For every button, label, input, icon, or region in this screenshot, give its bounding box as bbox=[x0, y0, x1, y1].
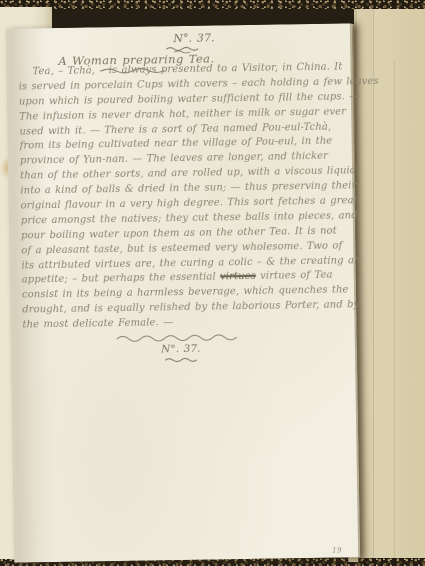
caption-body: Tea, – Tchà, – is always presented to a … bbox=[18, 60, 354, 333]
caption-number-heading: N°. 37. bbox=[134, 31, 254, 46]
folio-number: 19 bbox=[332, 547, 342, 555]
photographed-manuscript-scene: inder s the hole- ing — N°. 37. A Woman … bbox=[0, 0, 425, 566]
strike-after-text: virtues of Tea bbox=[256, 270, 333, 282]
struck-out-word: virtues bbox=[220, 271, 256, 283]
page-seam-faint bbox=[394, 60, 395, 560]
closing-squiggle-flourish-icon bbox=[115, 331, 245, 343]
caption-number-footer: N°. 37. bbox=[121, 342, 241, 356]
marbled-cover-edge-top bbox=[0, 0, 425, 9]
manuscript-page: N°. 37. A Woman preparing Tea. Tea, – Tc… bbox=[6, 23, 360, 562]
strike-before-text: appetite; – but perhaps the essential bbox=[22, 272, 220, 286]
handwritten-text-layer: N°. 37. A Woman preparing Tea. Tea, – Tc… bbox=[6, 23, 360, 562]
footer-number-flourish-icon bbox=[163, 357, 199, 365]
